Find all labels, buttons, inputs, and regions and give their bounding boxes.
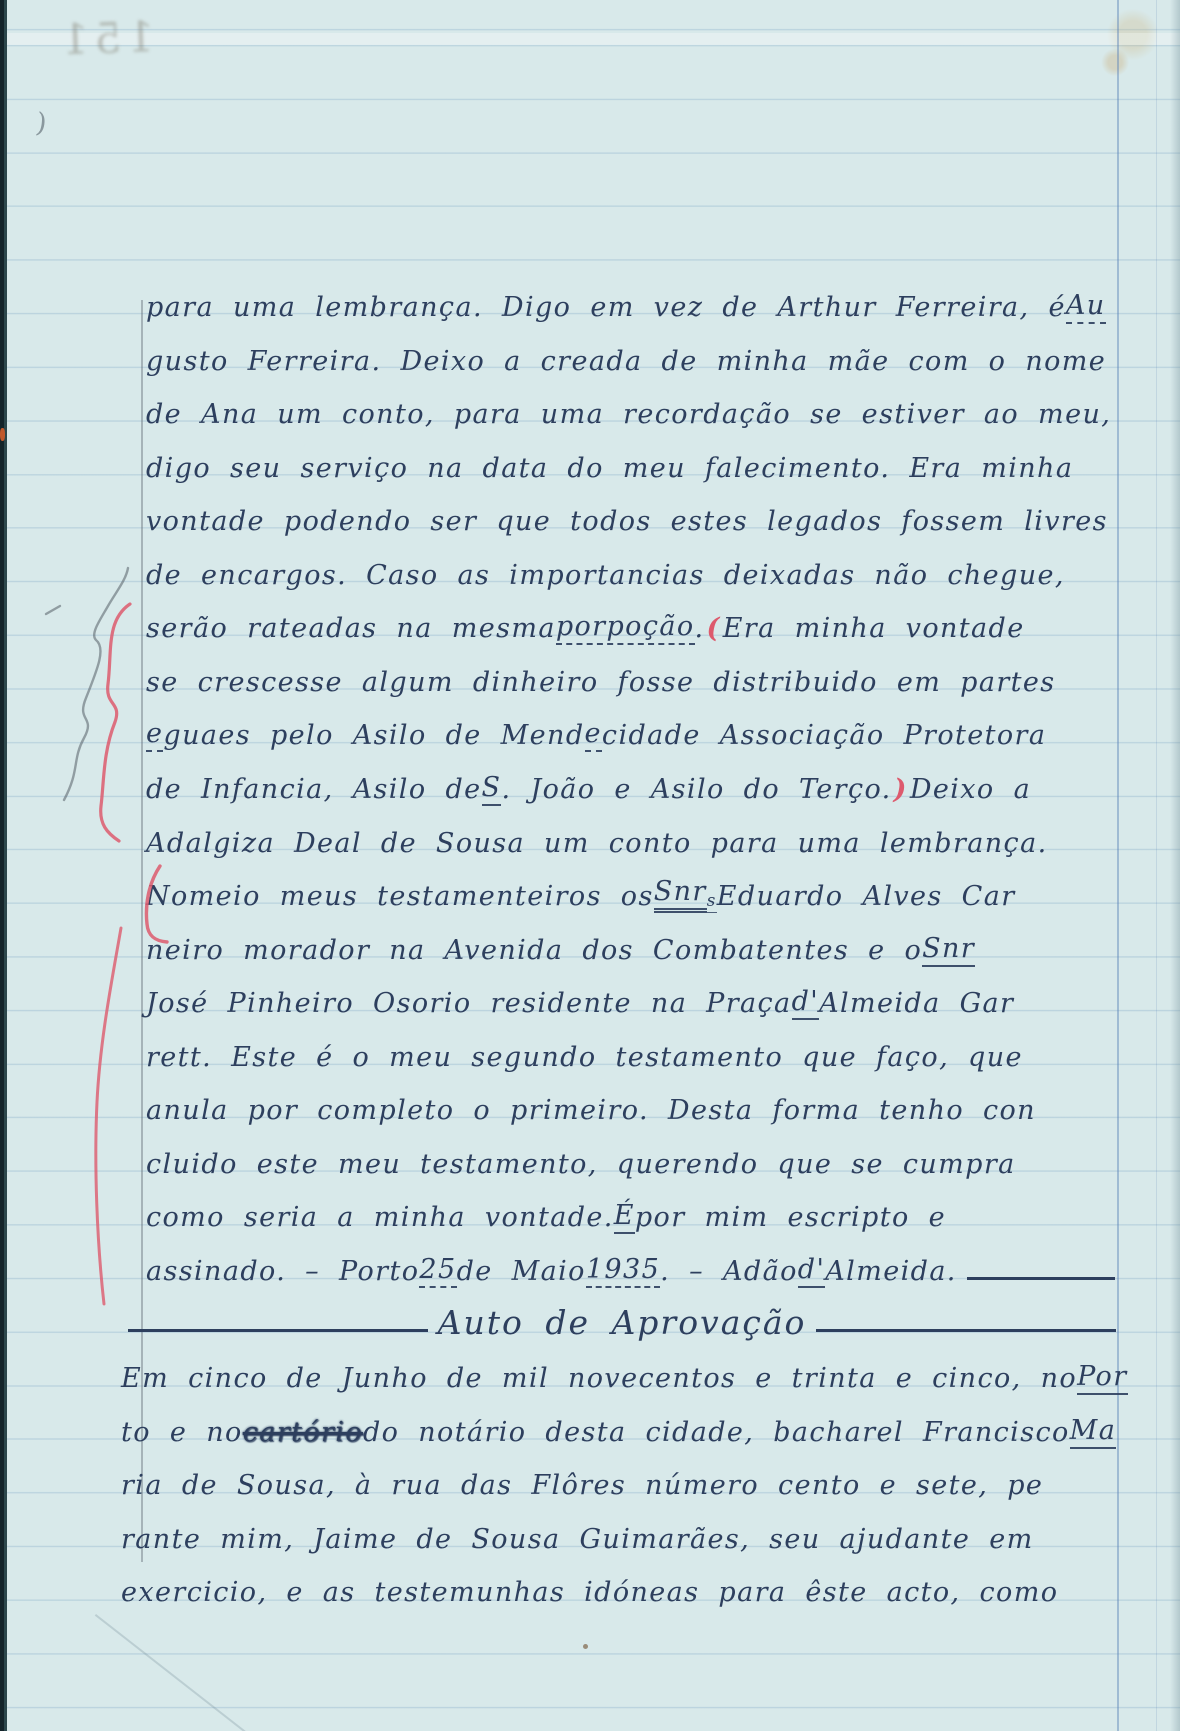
- section-heading: Auto de Aprovação: [128, 1293, 1116, 1341]
- manuscript-line: Em cinco de Junho de mil novecentos e tr…: [121, 1347, 1118, 1395]
- manuscript-line: rante mim, Jaime de Sousa Guimarães, seu…: [121, 1508, 1118, 1556]
- manuscript-line: rett. Este é o meu segundo testamento qu…: [146, 1026, 1118, 1074]
- manuscript-line: assinado. – Porto 25 de Maio 1935. – Adã…: [146, 1240, 1118, 1288]
- manuscript-line: cluido este meu testamento, querendo que…: [146, 1133, 1118, 1181]
- manuscript-line: anula por completo o primeiro. Desta for…: [146, 1079, 1118, 1127]
- manuscript-page: 151 ) para uma lembrança. Digo em vez de…: [0, 0, 1180, 1731]
- manuscript-line: para uma lembrança. Digo em vez de Arthu…: [146, 276, 1118, 324]
- manuscript-line: de Ana um conto, para uma recordação se …: [146, 383, 1118, 431]
- manuscript-line: exercicio, e as testemunhas idóneas para…: [121, 1561, 1118, 1609]
- manuscript-line: vontade podendo ser que todos estes lega…: [146, 490, 1118, 538]
- manuscript-line: digo seu serviço na data do meu falecime…: [146, 437, 1118, 485]
- manuscript-line: se crescesse algum dinheiro fosse distri…: [146, 651, 1118, 699]
- manuscript-line: como seria a minha vontade. É por mim es…: [146, 1186, 1118, 1234]
- manuscript-line: eguaes pelo Asilo de Mendecidade Associa…: [146, 704, 1118, 752]
- manuscript-line: gusto Ferreira. Deixo a creada de minha …: [146, 330, 1118, 378]
- manuscript-line: de encargos. Caso as importancias deixad…: [146, 544, 1118, 592]
- manuscript-line: serão rateadas na mesma porpoção. (Era m…: [146, 597, 1118, 645]
- manuscript-line: Nomeio meus testamenteiros os Snrs Eduar…: [146, 865, 1118, 913]
- manuscript-line: José Pinheiro Osorio residente na Praça …: [146, 972, 1118, 1020]
- manuscript-lines: para uma lembrança. Digo em vez de Arthu…: [0, 0, 1180, 1731]
- manuscript-line: ria de Sousa, à rua das Flôres número ce…: [121, 1454, 1118, 1502]
- manuscript-line: to e no cartório do notário desta cidade…: [121, 1401, 1118, 1449]
- manuscript-line: de Infancia, Asilo de S. João e Asilo do…: [146, 758, 1118, 806]
- manuscript-line: Adalgiza Deal de Sousa um conto para uma…: [146, 812, 1118, 860]
- manuscript-line: neiro morador na Avenida dos Combatentes…: [146, 919, 1118, 967]
